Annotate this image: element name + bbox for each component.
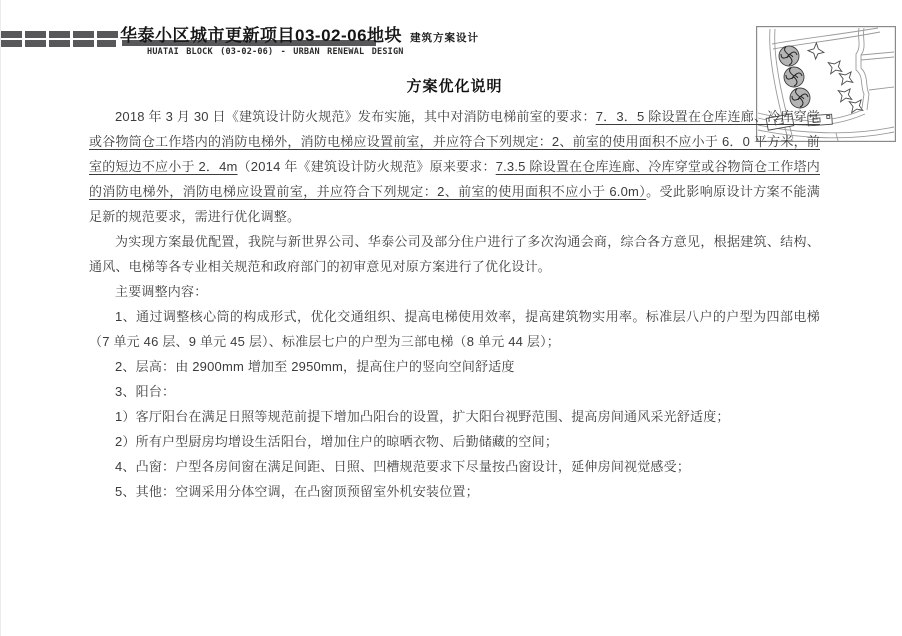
- logo-block: [97, 40, 116, 47]
- list-item: 5、其他：空调采用分体空调，在凸窗顶预留室外机安装位置；: [89, 479, 820, 504]
- logo-block: [97, 31, 118, 38]
- list-item: 2、层高：由 2900mm 增加至 2950mm，提高住户的竖向空间舒适度: [89, 354, 820, 379]
- logo-block: [73, 31, 94, 38]
- document-body: 方案优化说明 2018 年 3 月 30 日《建筑设计防火规范》发布实施，其中对…: [89, 74, 820, 504]
- page-title: 方案优化说明: [89, 74, 820, 99]
- regulation-text: （2014 年《建筑设计防火规范》原来要求：: [238, 159, 496, 174]
- paragraph-regulation: 2018 年 3 月 30 日《建筑设计防火规范》发布实施，其中对消防电梯前室的…: [89, 104, 820, 229]
- list-item: 2）所有户型厨房均增设生活阳台，增加住户的晾晒衣物、后勤储藏的空间；: [89, 429, 820, 454]
- list-item: 3、阳台：: [89, 379, 820, 404]
- logo-block: [1, 31, 22, 38]
- logo-block: [25, 31, 46, 38]
- project-title: 华泰小区城市更新项目03-02-06地块建筑方案设计: [120, 21, 479, 46]
- logo-block: [1, 40, 22, 47]
- logo-block: [73, 40, 94, 47]
- logo-block: [49, 31, 70, 38]
- project-subtitle-en: HUATAI BLOCK (03-02-06) - URBAN RENEWAL …: [147, 47, 377, 57]
- paragraph-coordination: 为实现方案最优配置，我院与新世界公司、华泰公司及部分住户进行了多次沟通会商，综合…: [89, 229, 820, 279]
- list-item: 4、凸窗：户型各房间窗在满足间距、日照、凹槽规范要求下尽量按凸窗设计，延伸房间视…: [89, 454, 820, 479]
- logo-block: [49, 40, 70, 47]
- paragraph-adjustments-heading: 主要调整内容：: [89, 279, 820, 304]
- logo-block: [25, 40, 46, 47]
- regulation-text: 2018 年 3 月 30 日《建筑设计防火规范》发布实施，其中对消防电梯前室的…: [115, 109, 596, 124]
- document-page: { "colors": { "header_block_gray": "#585…: [0, 0, 902, 636]
- list-item: 1）客厅阳台在满足日照等规范前提下增加凸阳台的设置，扩大阳台视野范围、提高房间通…: [89, 404, 820, 429]
- project-type-label: 建筑方案设计: [410, 32, 479, 44]
- list-item: 1、通过调整核心筒的构成形式，优化交通组织、提高电梯使用效率，提高建筑物实用率。…: [89, 304, 820, 354]
- project-title-cn: 华泰小区城市更新项目03-02-06地块: [120, 26, 402, 45]
